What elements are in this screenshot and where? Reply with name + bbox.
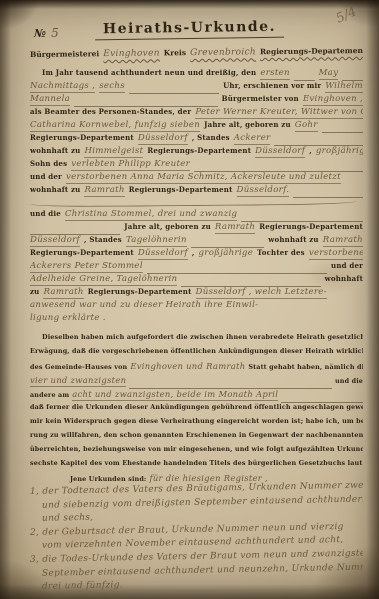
printed-text: Jene Urkunden sind:	[70, 475, 146, 483]
document-line: Düsseldorf, StandesTagelöhnerinwohnhaft …	[30, 235, 363, 248]
printed-text: Dieselben haben mich aufgefordert die zw…	[42, 333, 363, 341]
handwritten-text: ersten	[260, 68, 289, 80]
handwritten-text: sechs	[99, 81, 125, 93]
document-line: anwesend war und zu dieser Heirath ihre …	[30, 300, 363, 313]
printed-text: Regierungs-Departement	[88, 287, 192, 296]
handwritten-text: anwesend war und zu dieser Heirath ihre …	[30, 300, 258, 310]
divider-stroke	[30, 199, 357, 207]
printed-text: ,	[192, 248, 195, 257]
printed-text: Regierungs-Departement Düsseldorf.	[260, 46, 363, 56]
handwritten-text: vier und zwanzigsten	[30, 375, 126, 387]
document-line: Catharina Kornwebel, funfzig siebenJahre…	[30, 120, 363, 133]
hand-divider-line	[30, 199, 357, 207]
handwritten-text: ligung erklärte .	[30, 313, 106, 323]
document-line: andere amacht und zwanzigsten, beide im …	[30, 389, 363, 403]
printed-text: Uhr, erschienen vor mir	[223, 81, 321, 90]
document-line: daß ferner die Urkunden dieser Ankündigu…	[30, 403, 363, 417]
printed-text: Regierungs-Departement	[129, 185, 233, 194]
printed-text: Bürgermeister von	[222, 94, 299, 103]
document-line: rung zu willfahren, den schon genannten …	[30, 431, 363, 445]
printed-text: andere am	[30, 391, 69, 399]
document-title: Heiraths-Urkunde.	[95, 19, 284, 41]
document-line: und derverstorbenen Anna Maria Schmitz, …	[30, 172, 363, 185]
printed-text: und die	[335, 377, 363, 385]
printed-text: Sohn des	[30, 159, 67, 168]
document-body: BürgermeistereiEvinghovenKreisGrevenbroi…	[30, 48, 363, 596]
document-line: wohnhaft zuHimmelgeistRegierungs-Departe…	[30, 146, 363, 159]
document-line: vier und zwanzigstenund die	[30, 375, 363, 389]
handwritten-text: Tagelöhnerin	[126, 235, 187, 247]
document-line: Regierungs-DepartementDüsseldorf,großjäh…	[30, 248, 363, 261]
document-line: sechste Kapitel des vom Ehestande handel…	[30, 459, 363, 473]
document-line: Nachmittags ,sechsUhr, erschienen vor mi…	[30, 81, 363, 94]
document-line: Im Jahr tausend achthundert neun und dre…	[30, 68, 363, 81]
handwritten-text: Düsseldorf , welch Letztere-	[196, 287, 327, 299]
printed-text: Jahre alt, geboren zu	[204, 120, 291, 129]
handwritten-text: Grevenbroich	[190, 47, 256, 58]
printed-text: Bürgermeisterei	[30, 49, 99, 59]
handwritten-text: Ramrath	[43, 287, 83, 299]
document-line: MannelaBürgermeister vonEvinghoven ,	[30, 94, 363, 107]
printed-text: wohnhaft zu	[268, 235, 318, 244]
printed-text: Regierungs-Departement	[30, 248, 134, 257]
blank-rule	[322, 129, 363, 133]
printed-text: als Beamter des Personen-Standes, der	[30, 107, 191, 116]
document-line: überreichten, beziehungsweise von mir ei…	[30, 445, 363, 459]
document-line: Regierungs-DepartementDüsseldorf, Stande…	[30, 133, 363, 146]
document-line: mir kein Widerspruch gegen diese Verheir…	[30, 417, 363, 431]
printed-text: und die	[30, 209, 61, 218]
document-line: Dieselben haben mich aufgefordert die zw…	[30, 333, 363, 347]
handwritten-text: Ramrath	[215, 222, 255, 234]
handwritten-text: Gohr	[295, 120, 318, 132]
handwritten-text: Ramrath	[323, 235, 363, 247]
printed-text: Tochter des	[257, 248, 305, 257]
handwritten-text: Düsseldorf	[255, 146, 305, 158]
handwritten-text: drei und fünfzig.	[42, 580, 123, 592]
document-line: zuRamrathRegierungs-DepartementDüsseldor…	[30, 287, 363, 300]
handwritten-text: Ackerers Peter Stommel	[30, 261, 143, 273]
handwritten-text: Evinghoven	[103, 48, 160, 59]
printed-text: sechste Kapitel des vom Ehestande handel…	[30, 459, 363, 467]
blank-rule	[129, 90, 219, 94]
handwritten-text: Düsseldorf	[30, 235, 80, 247]
printed-text: Regierungs-Departement	[30, 133, 134, 142]
document-line: BürgermeistereiEvinghovenKreisGrevenbroi…	[30, 46, 363, 70]
printed-text: , Standes	[192, 133, 230, 142]
handwritten-text: Christina Stommel, drei und zwanzig	[65, 209, 237, 221]
document-line: wohnhaft zuRamrathRegierungs-Departement…	[30, 185, 363, 198]
handwritten-text: Catharina Kornwebel, funfzig sieben	[30, 120, 200, 132]
document-line: ligung erklärte .	[30, 313, 363, 326]
printed-text: Regierungs-Departement	[147, 146, 251, 155]
handwritten-text: Ramrath	[84, 185, 124, 197]
printed-text: daß ferner die Urkunden dieser Ankündigu…	[30, 403, 363, 411]
document-line: des Gemeinde-Hauses vonEvinghoven und Ra…	[30, 361, 363, 375]
document-line: und dieChristina Stommel, drei und zwanz…	[30, 209, 363, 222]
handwritten-text: großjährigen	[316, 146, 363, 156]
printed-text: des Gemeinde-Hauses von	[30, 363, 127, 371]
handwritten-text: großjährige	[199, 248, 254, 258]
printed-text: mir kein Widerspruch gegen diese Verheir…	[30, 417, 363, 425]
handwritten-text: Adelheide Greine, Tagelöhnerin	[30, 274, 177, 286]
document-line: Sohn desverlebten Philipp Kreuter	[30, 159, 363, 172]
document-line: als Beamter des Personen-Standes, derPet…	[30, 107, 363, 120]
document-line: Adelheide Greine, Tagelöhnerinwohnhaft	[30, 274, 363, 287]
handwritten-text: Nachmittags ,	[30, 81, 95, 93]
printed-text: überreichten, beziehungsweise von mir ei…	[30, 445, 363, 453]
handwritten-text: für die hiesigen Register ,	[149, 473, 268, 483]
handwritten-text: Wilhelm	[325, 81, 363, 93]
printed-text: Statt gehabt haben, nämlich die erste am	[248, 363, 363, 371]
printed-text: Jahre alt, geboren zu	[124, 222, 211, 231]
blank-rule	[293, 194, 363, 198]
printed-text: und der	[331, 261, 363, 270]
handwritten-text: Ackerer	[234, 133, 271, 145]
printed-text: wohnhaft	[325, 274, 363, 283]
printed-text: und der	[30, 172, 62, 181]
handwritten-text: Mannela	[30, 94, 70, 106]
printed-text: Regierungs-Departement	[259, 222, 363, 231]
printed-text: Erwägung, daß die vorgeschriebenen öffen…	[30, 347, 363, 355]
handwritten-text: Evinghoven und Ramrath	[130, 361, 245, 371]
handwritten-text: verstorbenen Anna Maria Schmitz, Ackersl…	[66, 172, 341, 184]
handwritten-text: Evinghoven ,	[303, 94, 363, 106]
handwritten-text: und sechs,	[42, 513, 94, 524]
printed-text: rung zu willfahren, den schon genannten …	[30, 431, 363, 439]
handwritten-text: Düsseldorf.	[237, 185, 290, 197]
handwritten-text: Düsseldorf	[138, 248, 188, 260]
printed-text: zu	[30, 287, 39, 296]
handwritten-text: May	[319, 68, 339, 80]
handwritten-text: Düsseldorf	[138, 133, 188, 145]
printed-text: , Standes	[84, 235, 122, 244]
printed-text: ,	[309, 146, 312, 155]
printed-text: wohnhaft zu	[30, 146, 80, 155]
document-line: Ackerers Peter Stommelund der	[30, 261, 363, 274]
document-title-row: Heiraths-Urkunde.	[0, 17, 379, 39]
printed-text: wohnhaft zu	[30, 185, 80, 194]
handwritten-text: verstorbenen	[309, 248, 363, 260]
document-line: Erwägung, daß die vorgeschriebenen öffen…	[30, 347, 363, 361]
document-line: Jahre alt, geboren zuRamrathRegierungs-D…	[30, 222, 363, 235]
handwritten-text: Himmelgeist	[84, 146, 143, 158]
handwritten-text: Peter Werner Kreuter, Wittwer von Cathar…	[195, 107, 363, 119]
printed-text: Kreis	[164, 48, 186, 57]
handwritten-text: verlebten Philipp Kreuter	[71, 159, 190, 171]
document-page: № 5 Heiraths-Urkunde. 5/4 Bürgermeistere…	[0, 0, 379, 599]
handwritten-text: acht und zwanzigsten, beide im Monath Ap…	[72, 389, 278, 401]
